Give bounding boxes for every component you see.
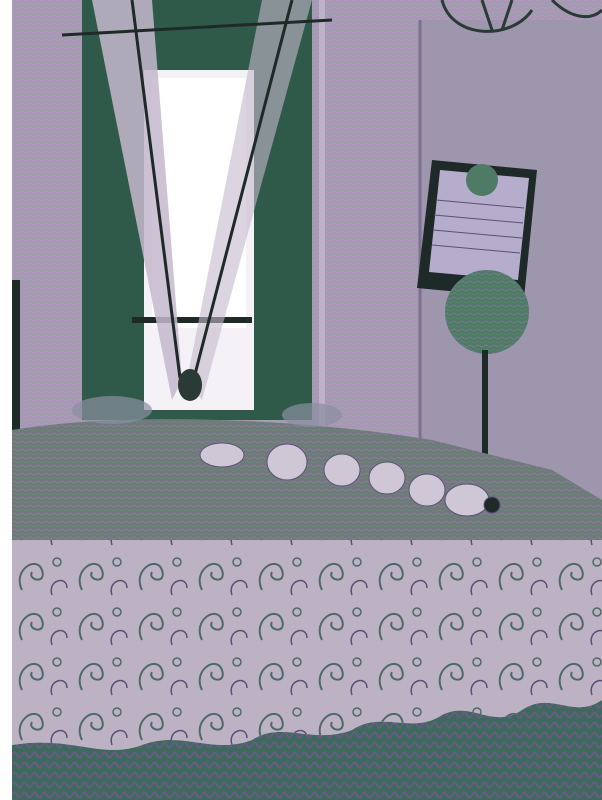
bedroom-photo	[12, 0, 602, 800]
curtain-tie	[178, 369, 202, 401]
bedroom-scene	[12, 0, 602, 800]
